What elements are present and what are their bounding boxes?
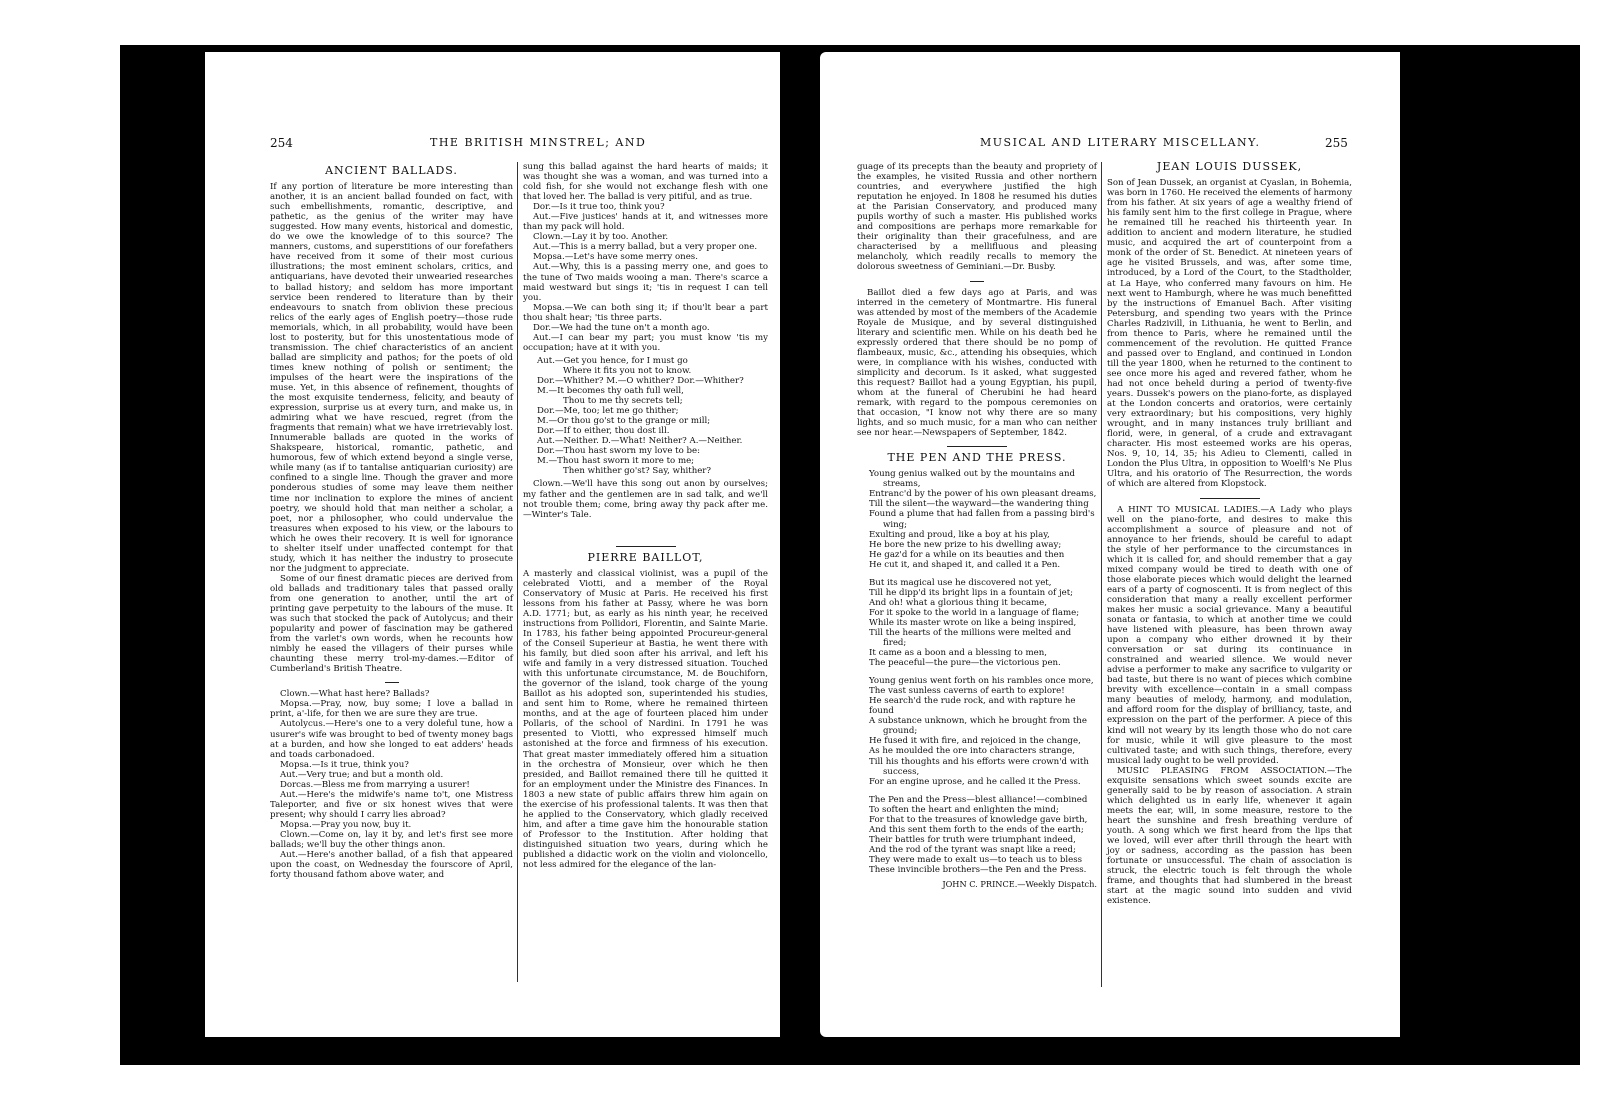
song-line: M.—It becomes thy oath full well, [523,386,768,396]
dialogue-line: Clown.—We'll have this song out anon by … [523,479,768,519]
paragraph: A HINT TO MUSICAL LADIES.—A Lady who pla… [1107,505,1352,766]
dialogue-line: Aut.—Here's the midwife's name to't, one… [270,790,513,820]
divider [385,682,399,683]
paragraph: Some of our finest dramatic pieces are d… [270,574,513,674]
poem-line: A substance unknown, which he brought fr… [857,716,1097,726]
dialogue-line: Clown.—Come on, lay it by, and let's fir… [270,830,513,850]
poem-line: ground; [857,726,1097,736]
dialogue-line: Aut.—Why, this is a passing merry one, a… [523,262,768,302]
article-title: JEAN LOUIS DUSSEK, [1107,162,1352,172]
stanza: Young genius went forth on his rambles o… [857,676,1097,787]
poem-line: He bore the new prize to his dwelling aw… [857,540,1097,550]
paragraph: If any portion of literature be more int… [270,182,513,574]
poem-line: He gaz'd for a while on its beauties and… [857,550,1097,560]
poem-title: THE PEN AND THE PRESS. [857,453,1097,463]
poem-line: Till the hearts of the millions were mel… [857,628,1097,638]
dialogue-line: Aut.—I can bear my part; you must know '… [523,333,768,353]
divider [1200,498,1260,499]
poem-line: And the rod of the tyrant was snapt like… [857,845,1097,855]
poem-line: wing; [857,520,1097,530]
right-page: MUSICAL AND LITERARY MISCELLANY. 255 gua… [820,52,1400,1037]
column-rule [517,162,518,982]
song-line: Then whither go'st? Say, whither? [523,466,768,476]
page-number: 254 [270,136,293,150]
song-line: M.—Or thou go'st to the grange or mill; [523,416,768,426]
dialogue-line: Dorcas.—Bless me from marrying a usurer! [270,780,513,790]
poem-line: Till he dipp'd its bright lips in a foun… [857,588,1097,598]
poem-line: Till his thoughts and his efforts were c… [857,757,1097,767]
stanza: The Pen and the Press—blest alliance!—co… [857,795,1097,875]
poem-line: Young genius went forth on his rambles o… [857,676,1097,686]
poem-line: He search'd the rude rock, and with rapt… [857,696,1097,716]
poem-line: The peaceful—the pure—the victorious pen… [857,658,1097,668]
poem-line: He fused it with fire, and rejoiced in t… [857,736,1097,746]
paragraph: guage of its precepts than the beauty an… [857,162,1097,273]
dialogue-line: Mopsa.—We can both sing it; if thou'lt b… [523,303,768,323]
poem-line: It came as a boon and a blessing to men, [857,648,1097,658]
poem-line: Till the silent—the wayward—the wanderin… [857,499,1097,509]
poem-line: Young genius walked out by the mountains… [857,469,1097,479]
stanza: But its magical use he discovered not ye… [857,578,1097,668]
dialogue-line: Dor.—Is it true too, think you? [523,202,768,212]
poem-line: They were made to exalt us—to teach us t… [857,855,1097,865]
running-head: THE BRITISH MINSTREL; AND [430,136,646,149]
poem-line: The Pen and the Press—blest alliance!—co… [857,795,1097,805]
poem-line: These invincible brothers—the Pen and th… [857,865,1097,875]
dialogue-line: Mopsa.—Pray you now, buy it. [270,820,513,830]
song-line: Where it fits you not to know. [523,366,768,376]
poem-line: Their battles for truth were triumphant … [857,835,1097,845]
poem: Young genius walked out by the mountains… [857,469,1097,875]
poem-line: For it spoke to the world in a language … [857,608,1097,618]
song-line: Dor.—Me, too; let me go thither; [523,406,768,416]
poem-line: Entranc'd by the power of his own pleasa… [857,489,1097,499]
poem-line: success, [857,767,1097,777]
dialogue-line: Mopsa.—Let's have some merry ones. [523,252,768,262]
dialogue-line: Clown.—What hast here? Ballads? [270,689,513,699]
song-line: Thou to me thy secrets tell; [523,396,768,406]
poem-line: To soften the heart and enlighten the mi… [857,805,1097,815]
poem-line: As he moulded the ore into characters st… [857,746,1097,756]
song-line: Dor.—Whither? M.—O whither? Dor.—Whither… [523,376,768,386]
page-number: 255 [1325,136,1348,150]
paragraph: Son of Jean Dussek, an organist at Cyasl… [1107,178,1352,489]
poem-line: For that to the treasures of knowledge g… [857,815,1097,825]
dialogue-line: Mopsa.—Pray, now, buy some; I love a bal… [270,699,513,719]
dialogue-line: Clown.—Lay it by too. Another. [523,232,768,242]
divider [970,281,984,282]
song-line: Dor.—Thou hast sworn my love to be: [523,446,768,456]
song-line: M.—Thou hast sworn it more to me; [523,456,768,466]
book-gutter [780,52,820,1042]
song-line: Aut.—Get you hence, for I must go [523,356,768,366]
running-head: MUSICAL AND LITERARY MISCELLANY. [980,136,1261,149]
column-ancient-ballads: ANCIENT BALLADS. If any portion of liter… [270,162,513,880]
stanza: Young genius walked out by the mountains… [857,469,1097,569]
dialogue-line: Aut.—Here's another ballad, of a fish th… [270,850,513,880]
poem-line: fired; [857,638,1097,648]
left-page: 254 THE BRITISH MINSTREL; AND ANCIENT BA… [205,52,780,1037]
song-line: Aut.—Neither. D.—What! Neither? A.—Neith… [523,436,768,446]
poem-line: For an engine uprose, and he called it t… [857,777,1097,787]
article-title: PIERRE BAILLOT, [523,553,768,563]
paragraph: MUSIC PLEASING FROM ASSOCIATION.—The exq… [1107,766,1352,907]
dialogue-line: Mopsa.—Is it true, think you? [270,760,513,770]
paragraph: A masterly and classical violinist, was … [523,569,768,870]
poem-signature: JOHN C. PRINCE.—Weekly Dispatch. [857,879,1097,889]
poem-line: The vast sunless caverns of earth to exp… [857,686,1097,696]
poem-line: But its magical use he discovered not ye… [857,578,1097,588]
poem-line: And this sent them forth to the ends of … [857,825,1097,835]
dialogue-line: Autolycus.—Here's one to a very doleful … [270,719,513,759]
dialogue-line: Aut.—Five justices' hands at it, and wit… [523,212,768,232]
dialogue-line: Aut.—This is a merry ballad, but a very … [523,242,768,252]
divider [947,446,1007,447]
dialogue-line: sung this ballad against the hard hearts… [523,162,768,202]
paragraph: Baillot died a few days ago at Paris, an… [857,288,1097,439]
dialogue-line: Dor.—We had the tune on't a month ago. [523,323,768,333]
poem-line: And oh! what a glorious thing it became, [857,598,1097,608]
column-rule [1101,162,1102,987]
song-line: Dor.—If to either, thou dost ill. [523,426,768,436]
poem-line: Exulting and proud, like a boy at his pl… [857,530,1097,540]
poem-line: While its master wrote on like a being i… [857,618,1097,628]
poem-line: Found a plume that had fallen from a pas… [857,509,1097,519]
column-dialogue-baillot: sung this ballad against the hard hearts… [523,162,768,870]
poem-line: He cut it, and shaped it, and called it … [857,560,1097,570]
column-baillot-poem: guage of its precepts than the beauty an… [857,162,1097,889]
column-dussek: JEAN LOUIS DUSSEK, Son of Jean Dussek, a… [1107,162,1352,906]
divider [616,546,676,547]
poem-line: streams, [857,479,1097,489]
dialogue-line: Aut.—Very true; and but a month old. [270,770,513,780]
article-title: ANCIENT BALLADS. [270,166,513,176]
